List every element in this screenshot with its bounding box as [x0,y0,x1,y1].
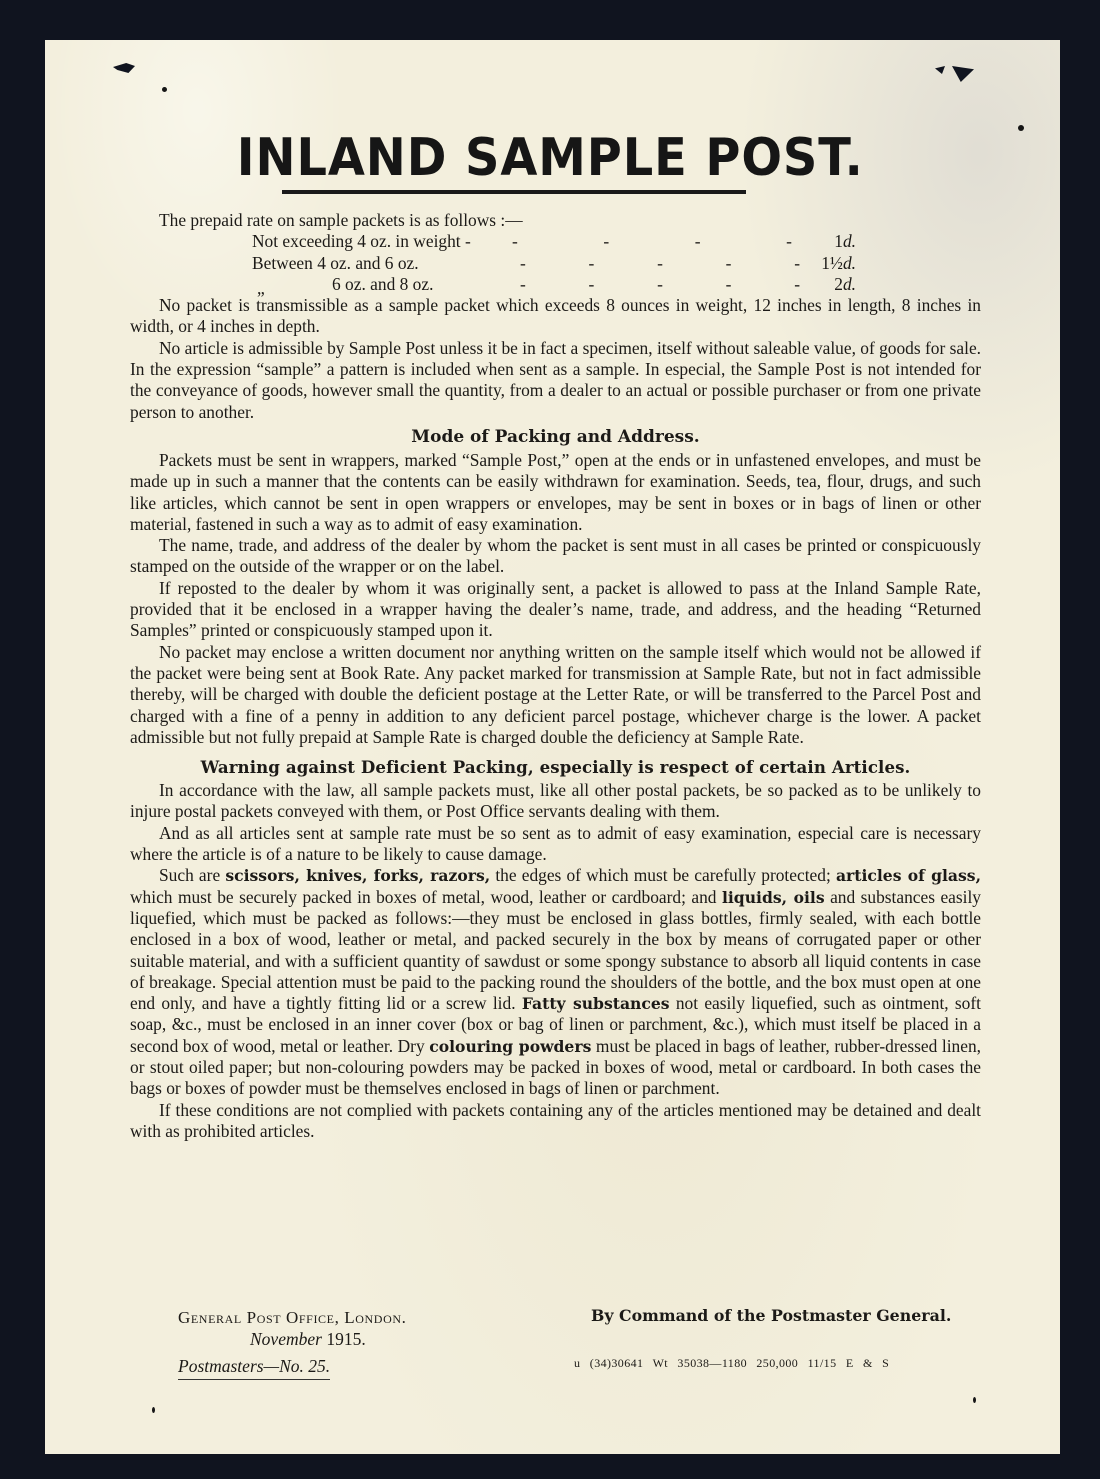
paragraph-admissibility: No article is admissible by Sample Post … [130,338,981,423]
rate-row-6-to-8oz: „ 6 oz. and 8 oz. - - - - - 2d. [130,274,981,295]
emphasis-glass: articles of glass, [836,866,981,885]
rate-label: 6 oz. and 8 oz. [332,274,433,295]
authority-line: By Command of the Postmaster General. [591,1306,951,1325]
paragraph-examination: And as all articles sent at sample rate … [130,823,981,866]
paragraph-law: In accordance with the law, all sample p… [130,780,981,823]
emphasis-powders: colouring powders [429,1037,591,1056]
ink-speck [152,1407,155,1413]
rate-leader-dashes: - - - - - [520,274,800,295]
poster-body: The prepaid rate on sample packets is as… [130,210,981,1142]
title-underline [282,190,746,194]
emphasis-cutlery: scissors, knives, forks, razors, [225,866,490,885]
circular-number: Postmasters—No. 25. [178,1356,330,1380]
section-heading-packing: Mode of Packing and Address. [130,425,981,450]
pin-hole-mark [162,87,167,92]
rate-leader-dashes: - - - - [512,231,792,252]
printer-code: u (34)30641 Wt 35038—1180 250,000 11/15 … [574,1356,889,1371]
rate-row-4-to-6oz: Between 4 oz. and 6 oz. - - - - - 1½d. [130,253,981,274]
rate-value: 2d. [834,274,856,295]
rate-label: Between 4 oz. and 6 oz. [252,253,419,274]
paragraph-wrappers: Packets must be sent in wrappers, marked… [130,450,981,535]
paragraph-dealer-name: The name, trade, and address of the deal… [130,535,981,578]
paragraph-size-limits: No packet is transmissible as a sample p… [130,295,981,338]
rate-leader-dashes: - - - - - [520,253,800,274]
issuing-office: General Post Office, London. [178,1308,406,1328]
paragraph-written-document: No packet may enclose a written document… [130,642,981,748]
paragraph-dangerous-articles: Such are scissors, knives, forks, razors… [130,865,981,1099]
issue-date: November 1915. [250,1329,366,1350]
rate-row-under-4oz: Not exceeding 4 oz. in weight - - - - - … [130,231,981,252]
section-heading-warning: Warning against Deficient Packing, espec… [130,755,981,780]
emphasis-liquids: liquids, oils [722,888,825,907]
ink-speck [973,1397,976,1403]
emphasis-fatty: Fatty substances [522,994,670,1013]
paragraph-reposted: If reposted to the dealer by whom it was… [130,578,981,642]
paragraph-prohibited: If these conditions are not complied wit… [130,1100,981,1143]
rate-label: Not exceeding 4 oz. in weight - [252,231,471,252]
rate-value: 1d. [834,231,856,252]
rate-value: 1½d. [821,253,856,274]
ditto-mark: „ [257,278,265,299]
rate-table: Not exceeding 4 oz. in weight - - - - - … [130,231,981,295]
poster-title: INLAND SAMPLE POST. [44,128,1056,188]
rates-intro: The prepaid rate on sample packets is as… [159,210,981,231]
